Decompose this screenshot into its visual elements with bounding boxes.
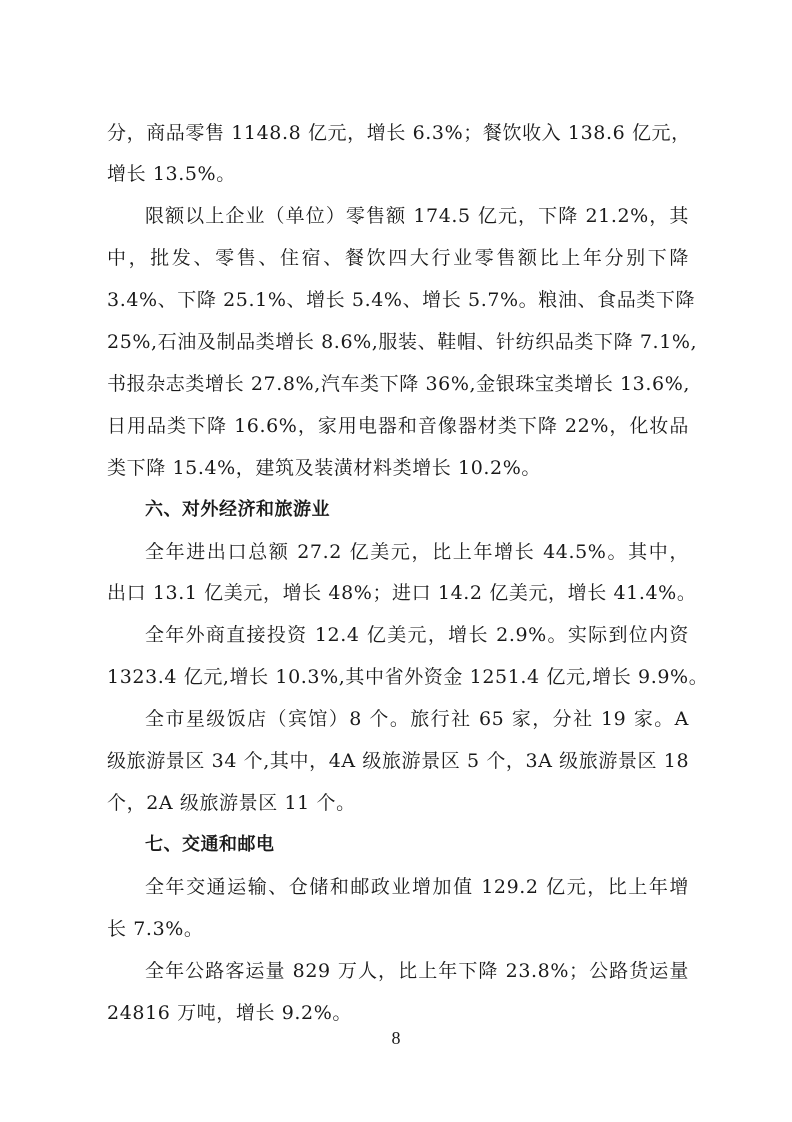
paragraph-line: 长 7.3%。 [107, 914, 689, 944]
paragraph-line: 25%,石油及制品类增长 8.6%,服装、鞋帽、针纺织品类下降 7.1%, [107, 327, 689, 357]
paragraph-line: 24816 万吨，增长 9.2%。 [107, 998, 689, 1028]
paragraph-line: 书报杂志类增长 27.8%,汽车类下降 36%,金银珠宝类增长 13.6%, [107, 369, 689, 399]
paragraph-line: 级旅游景区 34 个,其中，4A 级旅游景区 5 个，3A 级旅游景区 18 [107, 746, 689, 776]
paragraph-line: 类下降 15.4%，建筑及装潢材料类增长 10.2%。 [107, 453, 689, 483]
paragraph-line: 出口 13.1 亿美元，增长 48%；进口 14.2 亿美元，增长 41.4%。 [107, 578, 689, 608]
paragraph-line: 3.4%、下降 25.1%、增长 5.4%、增长 5.7%。粮油、食品类下降 [107, 285, 689, 315]
page-number: 8 [0, 1025, 792, 1051]
paragraph-line: 1323.4 亿元,增长 10.3%,其中省外资金 1251.4 亿元,增长 9… [107, 662, 689, 692]
paragraph-line: 分，商品零售 1148.8 亿元，增长 6.3%；餐饮收入 138.6 亿元， [107, 118, 689, 148]
paragraph-line: 增长 13.5%。 [107, 159, 689, 189]
paragraph-line: 全年外商直接投资 12.4 亿美元，增长 2.9%。实际到位内资 [145, 620, 689, 650]
section-heading: 七、交通和邮电 [145, 830, 275, 860]
paragraph-line: 个，2A 级旅游景区 11 个。 [107, 788, 689, 818]
document-page: 分，商品零售 1148.8 亿元，增长 6.3%；餐饮收入 138.6 亿元， … [0, 0, 792, 1122]
paragraph-line: 全年进出口总额 27.2 亿美元，比上年增长 44.5%。其中， [145, 537, 689, 567]
section-heading: 六、对外经济和旅游业 [145, 495, 330, 525]
paragraph-line: 中，批发、零售、住宿、餐饮四大行业零售额比上年分别下降 [107, 243, 689, 273]
paragraph-line: 全年公路客运量 829 万人，比上年下降 23.8%；公路货运量 [145, 956, 689, 986]
paragraph-line: 限额以上企业（单位）零售额 174.5 亿元，下降 21.2%，其 [145, 201, 689, 231]
paragraph-line: 全年交通运输、仓储和邮政业增加值 129.2 亿元，比上年增 [145, 872, 689, 902]
paragraph-line: 全市星级饭店（宾馆）8 个。旅行社 65 家，分社 19 家。A [145, 704, 689, 734]
paragraph-line: 日用品类下降 16.6%，家用电器和音像器材类下降 22%，化妆品 [107, 411, 689, 441]
